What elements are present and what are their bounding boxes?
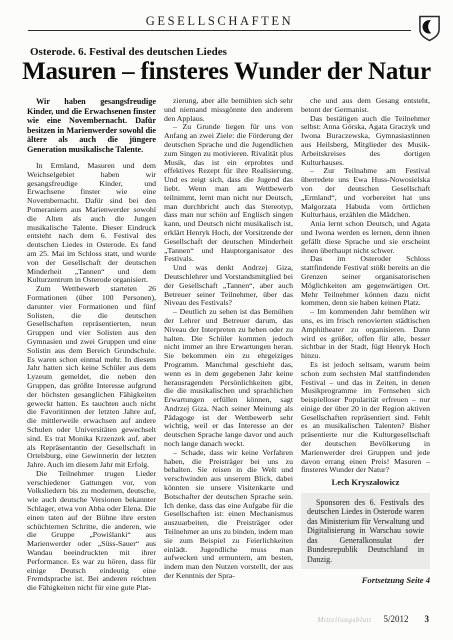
newspaper-page: GESELLSCHAFTEN Osterode. 6. Festival des…: [0, 0, 453, 640]
article-column-2: zierung, aber alle bemühten sich sehr un…: [164, 97, 293, 613]
shield-crescent-icon: [418, 15, 441, 42]
article-paragraph: Die Teilnehmer trugen Lieder verschieden…: [27, 470, 156, 593]
issue-number: 5/2012: [383, 614, 408, 624]
section-header: GESELLSCHAFTEN: [28, 14, 411, 31]
article-paragraph: – Schade, dass wir keine Verfahren haben…: [164, 449, 293, 581]
section-title: GESELLSCHAFTEN: [146, 14, 294, 28]
sponsor-note-box: Sponsoren des 6. Festivals des deutschen…: [301, 493, 430, 569]
article-paragraph: Wir haben gesangsfreudige Kinder, und di…: [27, 97, 156, 154]
article-paragraph: zierung, aber alle bemühten sich sehr un…: [164, 97, 293, 123]
article-paragraph: Es ist jedoch seltsam, warum beim schon …: [301, 361, 430, 475]
article-paragraph: che und aus dem Gesang entsteht, betont …: [301, 97, 430, 115]
page-footer: Mitteilungsblatt 5/2012 3: [317, 614, 429, 624]
article-column-1: Wir haben gesangsfreudige Kinder, und di…: [27, 97, 156, 613]
article-paragraph: Und was denkt Andrzej Giza, Deutschlehre…: [164, 264, 293, 308]
continuation-note: Fortsetzung Seite 4: [301, 576, 430, 585]
article-column-3: che und aus dem Gesang entsteht, betont …: [301, 97, 430, 613]
article-body: Wir haben gesangsfreudige Kinder, und di…: [27, 97, 430, 613]
article-paragraph: – Im kommenden Jahr bemühen wir uns, es …: [301, 308, 430, 361]
column-3-paragraphs: che und aus dem Gesang entsteht, betont …: [301, 97, 430, 475]
article-kicker: Osterode. 6. Festival des deutschen Lied…: [30, 46, 423, 58]
masthead-name: Mitteilungsblatt: [317, 615, 371, 624]
article-headline: Masuren – finsteres Wunder der Natur: [0, 58, 453, 86]
article-paragraph: Das bestätigen auch die Teilnehmer selbs…: [301, 115, 430, 168]
article-paragraph: – Zur Teilnahme am Festival überredete u…: [301, 167, 430, 220]
sponsor-note-text: Sponsoren des 6. Festivals des deutschen…: [307, 498, 424, 564]
article-paragraph: Das im Osteroder Schloss stattfindende F…: [301, 255, 430, 308]
article-author: Lech Kryszałowicz: [301, 479, 430, 488]
article-paragraph: Zum Wettbewerb starteten 26 Formationen …: [27, 285, 156, 470]
page-number: 3: [421, 614, 430, 624]
article-paragraph: Ania lernt schon Deutsch, und Agata und …: [301, 220, 430, 255]
article-paragraph: – Deutlich zu sehen ist das Bemühen der …: [164, 308, 293, 449]
article-paragraph: – Zu Grunde liegen für uns von Anfang an…: [164, 123, 293, 264]
article-paragraph: In Ermland, Masuren und dem Weichselgebi…: [27, 162, 156, 285]
